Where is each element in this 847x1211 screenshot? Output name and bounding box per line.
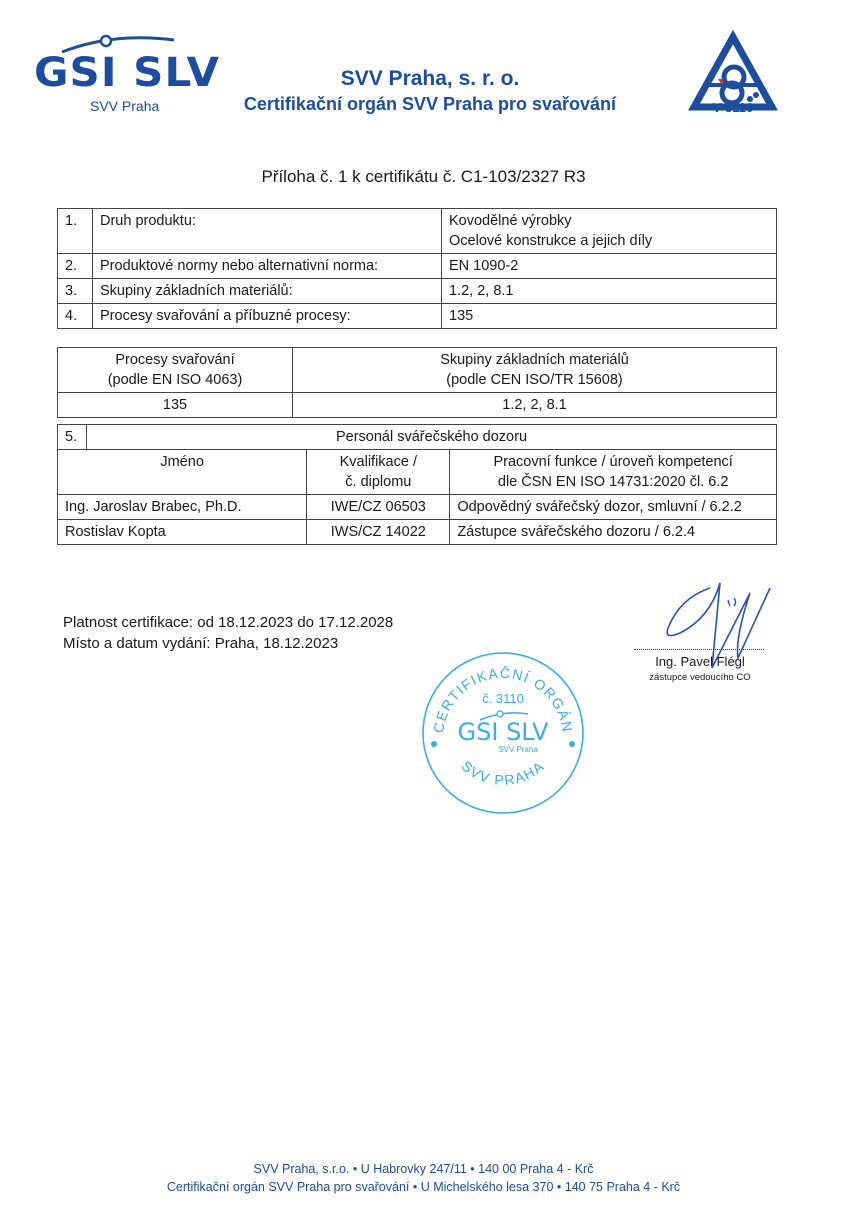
row-value: EN 1090-2 — [442, 254, 777, 279]
value-line: Kovodělné výrobky — [449, 211, 769, 231]
row-label: Druh produktu: — [93, 209, 442, 254]
product-info-table: 1. Druh produktu: Kovodělné výrobky Ocel… — [57, 208, 777, 329]
person-name: Ing. Jaroslav Brabec, Ph.D. — [58, 495, 307, 520]
person-name: Rostislav Kopta — [58, 520, 307, 545]
table-row: 1. Druh produktu: Kovodělné výrobky Ocel… — [58, 209, 777, 254]
issue-place-date: Místo a datum vydání: Praha, 18.12.2023 — [63, 633, 393, 654]
processes-table: Procesy svařování (podle EN ISO 4063) Sk… — [57, 347, 777, 418]
stamp-circle-icon: CERTIFIKAČNÍ ORGÁN SVV PRAHA č. 3110 GSI… — [418, 648, 588, 818]
person-qualification: IWE/CZ 06503 — [307, 495, 450, 520]
svg-text:SVV PRAHA: SVV PRAHA — [459, 757, 548, 788]
row-number: 1. — [58, 209, 93, 254]
row-label: Procesy svařování a příbuzné procesy: — [93, 304, 442, 329]
row-value: Kovodělné výrobky Ocelové konstrukce a j… — [442, 209, 777, 254]
row-value: 1.2, 2, 8.1 — [442, 279, 777, 304]
row-label: Produktové normy nebo alternativní norma… — [93, 254, 442, 279]
row-number: 4. — [58, 304, 93, 329]
signature-line — [634, 649, 764, 650]
row-label: Skupiny základních materiálů: — [93, 279, 442, 304]
validity-period: Platnost certifikace: od 18.12.2023 do 1… — [63, 612, 393, 633]
signatory-role: zástupce vedoucího CO — [620, 672, 780, 683]
svg-text:č. 3110: č. 3110 — [482, 691, 524, 706]
header-line: (podle EN ISO 4063) — [65, 370, 285, 390]
row-number: 2. — [58, 254, 93, 279]
row-number: 5. — [58, 425, 87, 450]
company-name: SVV Praha, s. r. o. — [200, 66, 660, 92]
official-stamp: CERTIFIKAČNÍ ORGÁN SVV PRAHA č. 3110 GSI… — [418, 648, 588, 818]
header-line: Procesy svařování — [65, 350, 285, 370]
header-titles: SVV Praha, s. r. o. Certifikační orgán S… — [200, 66, 660, 116]
header-line: Pracovní funkce / úroveň kompetencí — [457, 452, 769, 472]
personnel-table: 5. Personál svářečského dozoru Jméno Kva… — [57, 424, 777, 545]
table-header-row: Procesy svařování (podle EN ISO 4063) Sk… — [58, 348, 777, 393]
column-header-name: Jméno — [58, 450, 307, 495]
materials-cell: 1.2, 2, 8.1 — [293, 393, 777, 418]
header-line: č. diplomu — [314, 472, 442, 492]
person-function: Odpovědný svářečský dozor, smluvní / 6.2… — [450, 495, 777, 520]
row-value: 135 — [442, 304, 777, 329]
svg-text:SVV Praha: SVV Praha — [498, 745, 538, 754]
column-header: Procesy svařování (podle EN ISO 4063) — [58, 348, 293, 393]
footer-body-address: Certifikační orgán SVV Praha pro svařová… — [0, 1178, 847, 1196]
header-line: (podle CEN ISO/TR 15608) — [300, 370, 769, 390]
header-line: Kvalifikace / — [314, 452, 442, 472]
table-row: 2. Produktové normy nebo alternativní no… — [58, 254, 777, 279]
validity-info: Platnost certifikace: od 18.12.2023 do 1… — [63, 612, 393, 654]
header-line: dle ČSN EN ISO 14731:2020 čl. 6.2 — [457, 472, 769, 492]
column-header: Skupiny základních materiálů (podle CEN … — [293, 348, 777, 393]
table-row: 135 1.2, 2, 8.1 — [58, 393, 777, 418]
signatory-name: Ing. Pavel Flégl — [630, 654, 770, 669]
process-cell: 135 — [58, 393, 293, 418]
table-row: Ing. Jaroslav Brabec, Ph.D. IWE/CZ 06503… — [58, 495, 777, 520]
value-line: Ocelové konstrukce a jejich díly — [449, 231, 769, 251]
table-row: 4. Procesy svařování a příbuzné procesy:… — [58, 304, 777, 329]
person-qualification: IWS/CZ 14022 — [307, 520, 450, 545]
footer-company-address: SVV Praha, s.r.o. • U Habrovky 247/11 • … — [0, 1160, 847, 1178]
table-row: 3. Skupiny základních materiálů: 1.2, 2,… — [58, 279, 777, 304]
page-footer: SVV Praha, s.r.o. • U Habrovky 247/11 • … — [0, 1160, 847, 1196]
table-title: Personál svářečského dozoru — [87, 425, 777, 450]
logo-brand-text: GSI SLV — [34, 50, 220, 96]
logo-subtitle: SVV Praha — [90, 98, 159, 114]
header-line: Skupiny základních materiálů — [300, 350, 769, 370]
certification-code: V 3110 — [688, 100, 778, 115]
table-row: Rostislav Kopta IWS/CZ 14022 Zástupce sv… — [58, 520, 777, 545]
column-header-qualification: Kvalifikace / č. diplomu — [307, 450, 450, 495]
row-number: 3. — [58, 279, 93, 304]
column-header-function: Pracovní funkce / úroveň kompetencí dle … — [450, 450, 777, 495]
table-title-row: 5. Personál svářečského dozoru — [58, 425, 777, 450]
header-line: Jméno — [65, 452, 299, 472]
svg-text:GSI SLV: GSI SLV — [458, 718, 550, 746]
person-function: Zástupce svářečského dozoru / 6.2.4 — [450, 520, 777, 545]
document-title: Příloha č. 1 k certifikátu č. C1-103/232… — [0, 167, 847, 187]
table-header-row: Jméno Kvalifikace / č. diplomu Pracovní … — [58, 450, 777, 495]
certification-body-name: Certifikační orgán SVV Praha pro svařová… — [200, 92, 660, 116]
